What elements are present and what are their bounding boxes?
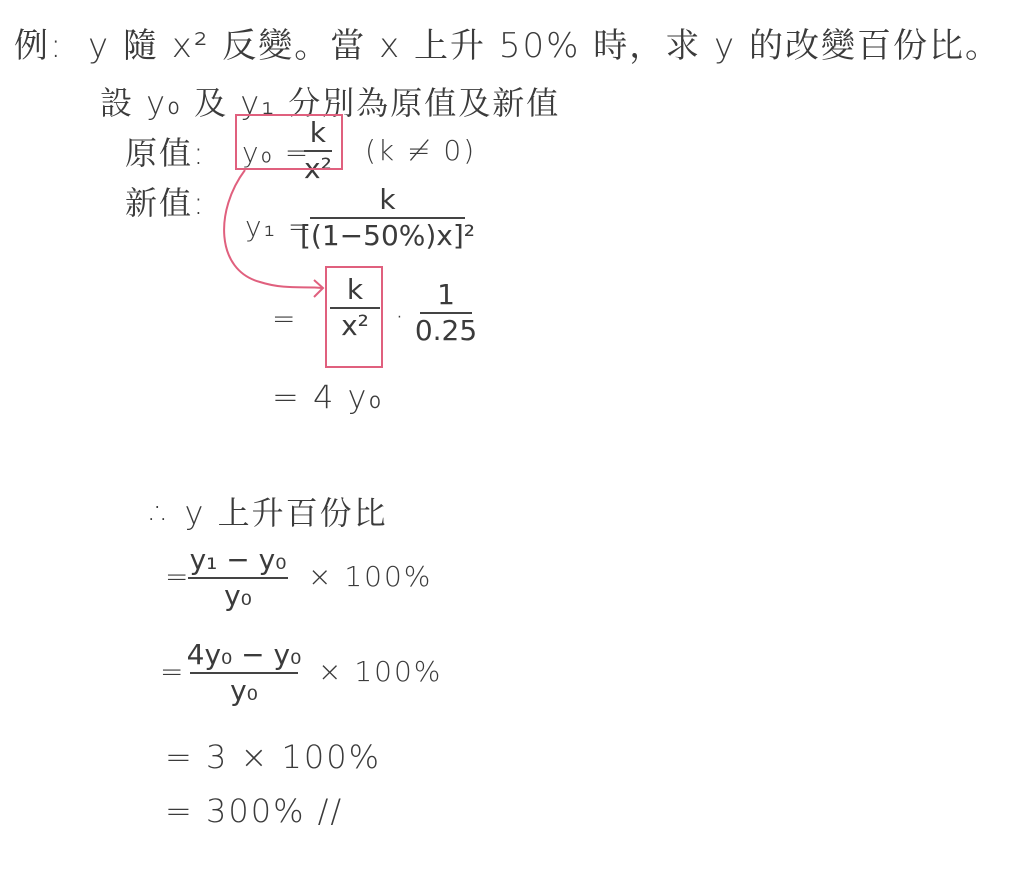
line2-numerator: 4y₀ − y₀: [187, 640, 302, 670]
conclusion-line1-tail: × 100%: [308, 560, 432, 593]
line1-denominator: y₀: [224, 581, 252, 611]
step2-dot: ·: [395, 300, 406, 333]
line2-denominator: y₀: [230, 676, 258, 706]
step2-equals: =: [272, 302, 297, 335]
step2-fraction-1: k x²: [330, 275, 380, 341]
step2-numerator-2: 1: [437, 280, 455, 310]
conclusion-line1-equals: =: [165, 560, 190, 593]
conclusion-line1-fraction: y₁ − y₀ y₀: [188, 545, 288, 611]
conclusion-line2-equals: =: [160, 655, 185, 688]
original-label: 原值:: [125, 128, 206, 174]
step2-denominator-1: x²: [341, 311, 369, 341]
original-lhs: y₀ =: [242, 136, 310, 169]
problem-statement: y 隨 x² 反變。當 x 上升 50% 時，求 y 的改變百份比。: [88, 18, 1001, 67]
original-denominator: x²: [304, 154, 332, 184]
problem-label: 例:: [14, 18, 63, 67]
conclusion-label: ∴ y 上升百份比: [150, 488, 388, 534]
line1-numerator: y₁ − y₀: [190, 545, 287, 575]
conclusion-line2-tail: × 100%: [318, 655, 442, 688]
new-value-label: 新值:: [125, 178, 206, 224]
conclusion-line3: = 3 × 100%: [165, 738, 381, 776]
step2-fraction-2: 1 0.25: [420, 280, 472, 346]
original-condition: (k ≠ 0): [365, 134, 476, 167]
arrowhead-icon: [314, 280, 323, 297]
conclusion-line2-fraction: 4y₀ − y₀ y₀: [190, 640, 298, 706]
step2-denominator-2: 0.25: [415, 316, 477, 346]
new-value-denominator: [(1−50%)x]²: [300, 221, 475, 251]
original-fraction: k x²: [304, 118, 332, 184]
new-value-fraction: k [(1−50%)x]²: [310, 185, 465, 251]
step3-result: = 4 y₀: [272, 378, 383, 416]
step2-numerator-1: k: [347, 275, 363, 305]
new-value-numerator: k: [379, 185, 395, 215]
original-numerator: k: [310, 118, 326, 148]
conclusion-line4: = 300% //: [165, 792, 343, 830]
